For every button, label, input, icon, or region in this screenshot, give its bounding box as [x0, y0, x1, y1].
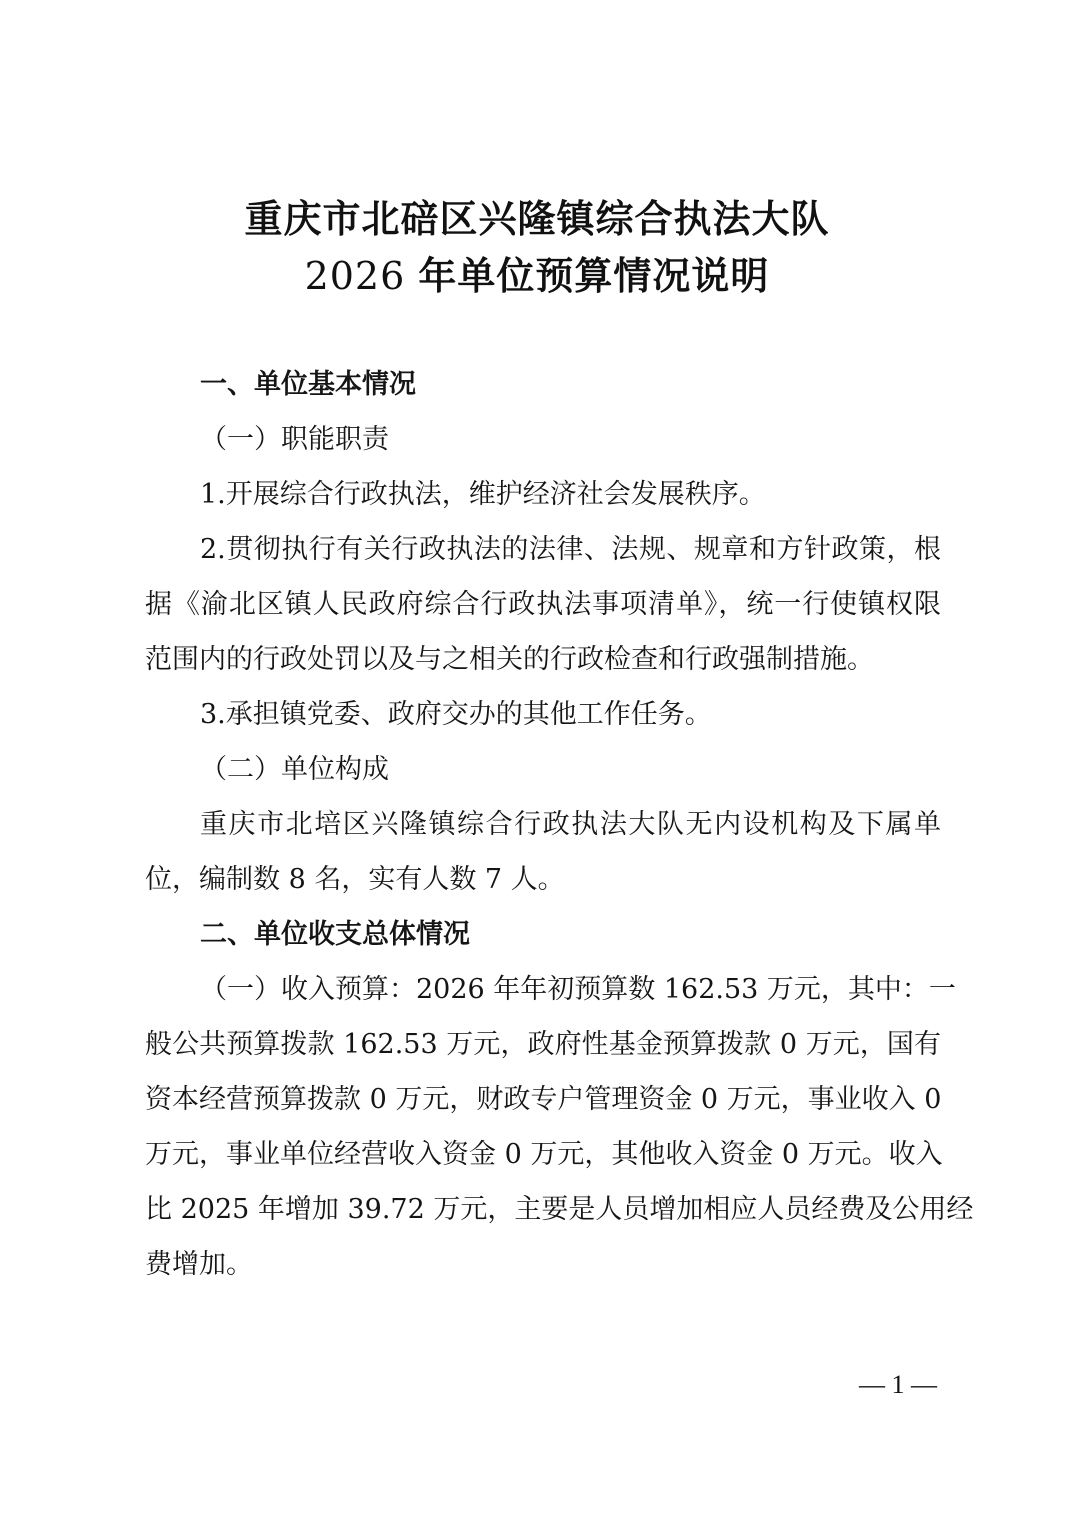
section-heading-2: 二、单位收支总体情况 [200, 918, 941, 952]
duty-item-3: 3.承担镇党委、政府交办的其他工作任务。 [200, 698, 941, 732]
document-page: 重庆市北碚区兴隆镇综合执法大队 2026 年单位预算情况说明 一、单位基本情况 … [0, 0, 1074, 1520]
title-rest: 年单位预算情况说明 [418, 253, 769, 298]
duty-item-1: 1.开展综合行政执法，维护经济社会发展秩序。 [200, 478, 941, 512]
page-number: — 1 — [850, 1370, 946, 1400]
income-budget-line6: 费增加。 [145, 1248, 941, 1282]
income-budget-line1: （一）收入预算：2026 年年初预算数 162.53 万元，其中：一 [200, 973, 941, 1007]
section-heading-1: 一、单位基本情况 [200, 368, 941, 402]
income-budget-line5: 比 2025 年增加 39.72 万元，主要是人员增加相应人员经费及公用经 [145, 1193, 941, 1227]
subsection-heading-duties: （一）职能职责 [200, 423, 941, 457]
document-title-line1: 重庆市北碚区兴隆镇综合执法大队 [0, 196, 1074, 242]
duty-item-2-line1: 2.贯彻执行有关行政执法的法律、法规、规章和方针政策，根 [200, 533, 941, 567]
income-budget-line4: 万元，事业单位经营收入资金 0 万元，其他收入资金 0 万元。收入 [145, 1138, 941, 1172]
duty-item-2-line3: 范围内的行政处罚以及与之相关的行政检查和行政强制措施。 [145, 643, 941, 677]
document-title-line2: 2026 年单位预算情况说明 [0, 253, 1074, 299]
income-budget-line2: 般公共预算拨款 162.53 万元，政府性基金预算拨款 0 万元，国有 [145, 1028, 941, 1062]
composition-line1: 重庆市北培区兴隆镇综合行政执法大队无内设机构及下属单 [200, 808, 941, 842]
income-budget-line3: 资本经营预算拨款 0 万元，财政专户管理资金 0 万元，事业收入 0 [145, 1083, 941, 1117]
composition-line2: 位，编制数 8 名，实有人数 7 人。 [145, 863, 941, 897]
title-year: 2026 [305, 254, 406, 298]
subsection-heading-composition: （二）单位构成 [200, 753, 941, 787]
duty-item-2-line2: 据《渝北区镇人民政府综合行政执法事项清单》，统一行使镇权限 [145, 588, 941, 622]
